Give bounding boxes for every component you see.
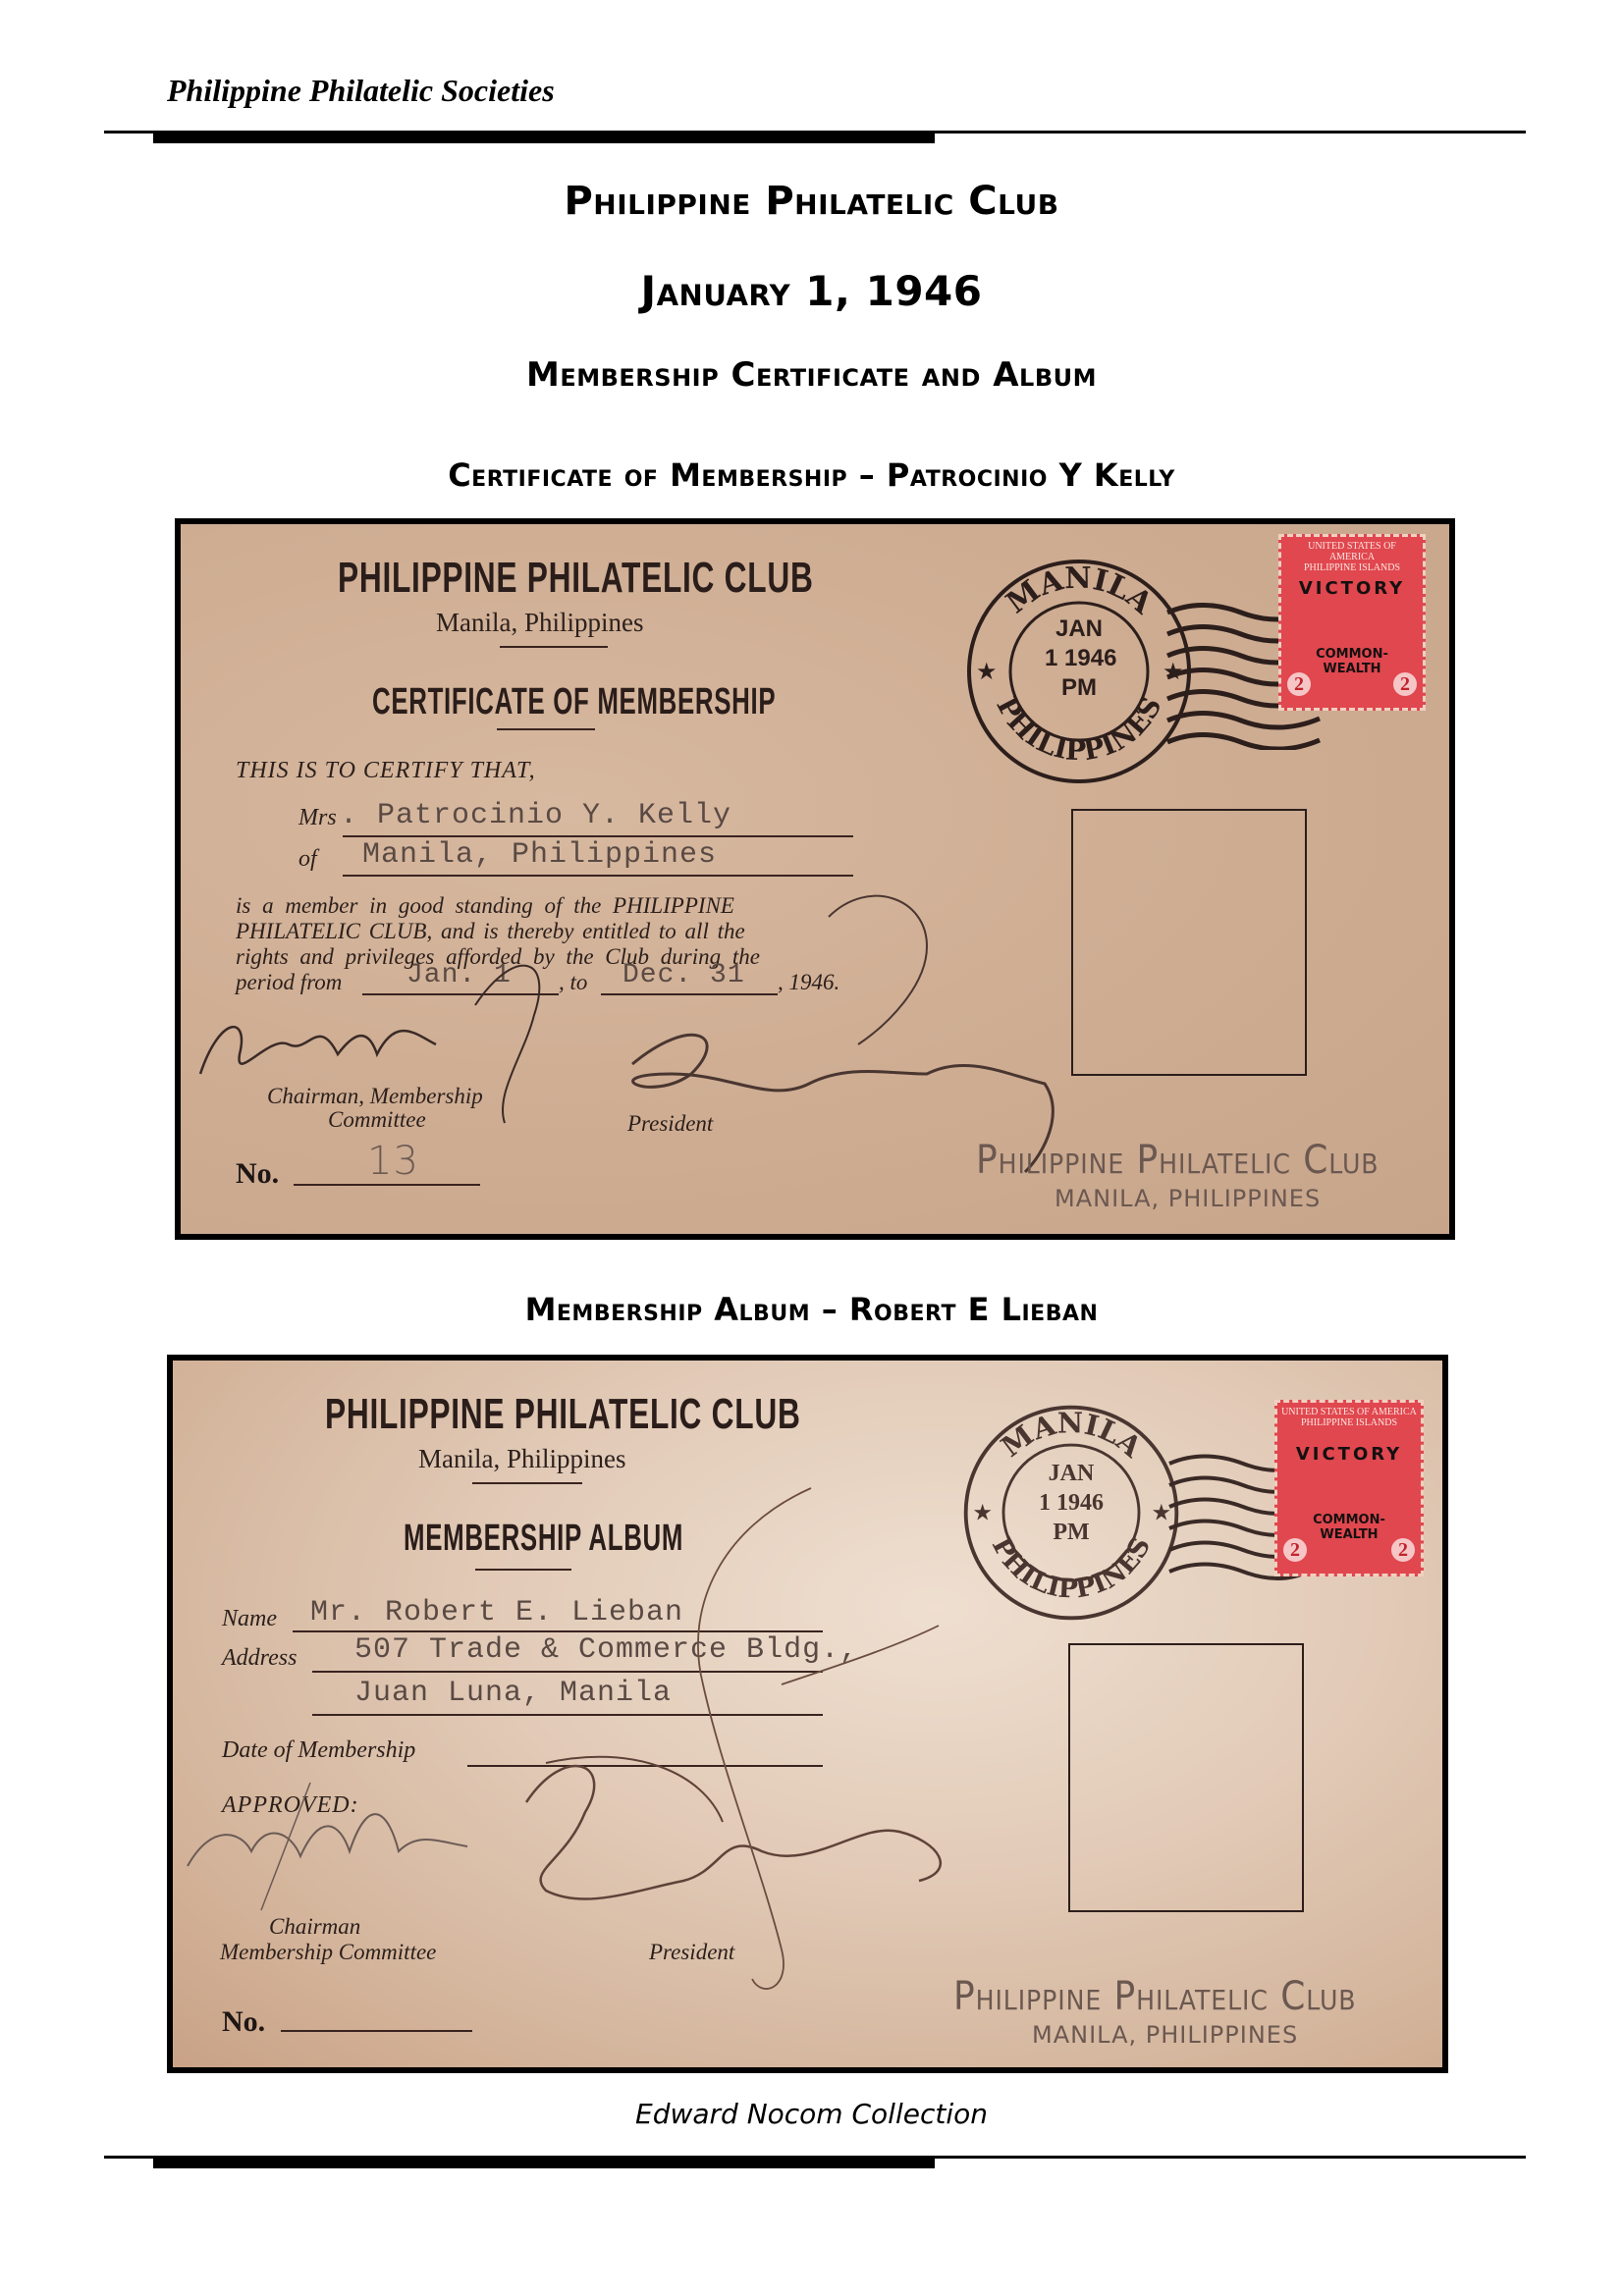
collection-caption: Edward Nocom Collection xyxy=(0,2098,1623,2130)
chairman-title: Chairman xyxy=(269,1914,360,1940)
club-return-stamp: Philippine Philatelic Club MANILA, PHILI… xyxy=(953,1974,1401,2049)
stamp-issuer: UNITED STATES OF AMERICAPHILIPPINE ISLAN… xyxy=(1281,1407,1417,1428)
postage-stamp: UNITED STATES OF AMERICAPHILIPPINE ISLAN… xyxy=(1274,1400,1424,1576)
footer-rule-thick xyxy=(153,2159,935,2168)
postage-stamp: UNITED STATES OF AMERICAPHILIPPINE ISLAN… xyxy=(1278,534,1426,711)
club-return-stamp: Philippine Philatelic Club MANILA, PHILI… xyxy=(976,1138,1424,1212)
postmark-month: JAN xyxy=(1037,1459,1106,1488)
stamp-issuer: UNITED STATES OF AMERICAPHILIPPINE ISLAN… xyxy=(1285,541,1419,573)
page-date: January 1, 1946 xyxy=(0,267,1623,315)
stamp-denomination: 2 xyxy=(1393,672,1417,696)
stamp-overprint-common: COMMON- xyxy=(1277,1513,1421,1527)
svg-text:PHILIPPINES: PHILIPPINES xyxy=(990,692,1167,768)
postmark-day-year: 1 1946 xyxy=(1037,1488,1106,1518)
committee-title: Membership Committee xyxy=(220,1940,436,1965)
stamp-overprint-victory: VICTORY xyxy=(1277,1444,1421,1465)
page-title: Philippine Philatelic Club xyxy=(0,179,1623,224)
stamp-overprint-common: COMMON- xyxy=(1281,647,1423,662)
stamp-denomination: 2 xyxy=(1283,1538,1307,1562)
postmark-time: PM xyxy=(1037,1518,1106,1547)
running-head: Philippine Philatelic Societies xyxy=(167,73,555,109)
postmark-time: PM xyxy=(1045,673,1113,703)
president-title: President xyxy=(627,1111,713,1137)
committee-title: Committee xyxy=(328,1107,426,1133)
president-title: President xyxy=(649,1940,734,1965)
postmark-day-year: 1 1946 xyxy=(1045,644,1113,673)
number-line xyxy=(294,1184,480,1186)
stamp-placement-box xyxy=(1068,1643,1304,1912)
svg-text:MANILA: MANILA xyxy=(1001,561,1160,621)
number-label: No. xyxy=(236,1157,279,1191)
certificate-cover-image: PHILIPPINE PHILATELIC CLUB Manila, Phili… xyxy=(175,518,1455,1240)
svg-text:★: ★ xyxy=(976,658,998,685)
number-line xyxy=(281,2030,472,2032)
postmark-month: JAN xyxy=(1045,614,1113,644)
album-cover-image: PHILIPPINE PHILATELIC CLUB Manila, Phili… xyxy=(167,1355,1448,2073)
postmark-date: JAN 1 1946 PM xyxy=(1045,614,1113,703)
number-label: No. xyxy=(222,2005,265,2039)
album-heading: Membership Album – Robert E Lieban xyxy=(0,1291,1623,1328)
stamp-overprint-victory: VICTORY xyxy=(1281,578,1423,599)
svg-text:MANILA: MANILA xyxy=(995,1406,1149,1464)
svg-text:★: ★ xyxy=(972,1501,993,1526)
stamp-placement-box xyxy=(1071,809,1307,1076)
certificate-heading: Certificate of Membership – Patrocinio Y… xyxy=(0,456,1623,494)
header-rule-thick xyxy=(153,133,935,143)
page-subtitle: Membership Certificate and Album xyxy=(0,355,1623,395)
stamp-denomination: 2 xyxy=(1287,672,1311,696)
postmark-date: JAN 1 1946 PM xyxy=(1037,1459,1106,1547)
certificate-number: 13 xyxy=(367,1139,419,1184)
chairman-title: Chairman, Membership xyxy=(267,1084,483,1109)
stamp-denomination: 2 xyxy=(1391,1538,1415,1562)
